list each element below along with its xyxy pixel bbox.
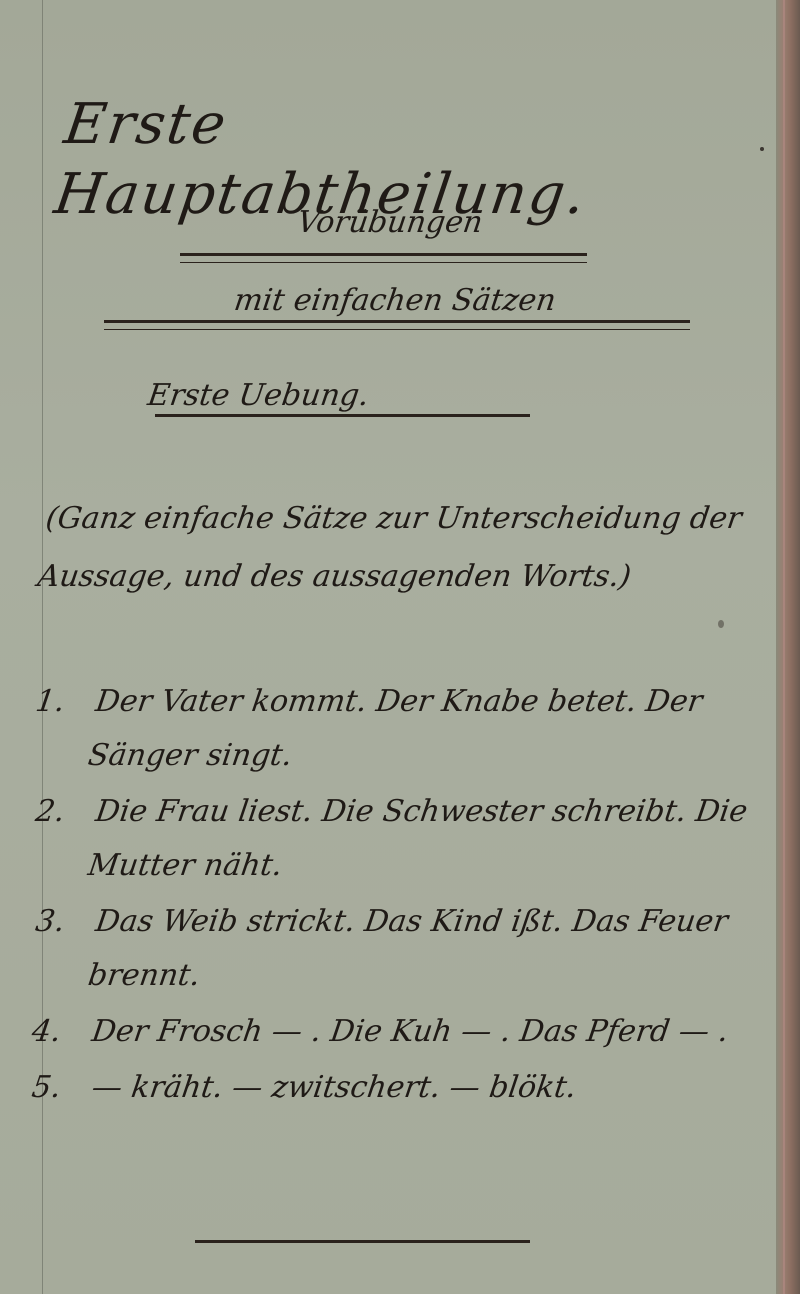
exercise-text: Die Frau liest. Die Schwester schreibt. … [84, 785, 779, 893]
instruction-note: (Ganz einfache Sätze zur Unterscheidung … [34, 490, 780, 606]
exercise-number: 4. [28, 1005, 96, 1059]
section-underline [155, 414, 530, 417]
exercise-item: 4. Der Frosch — . Die Kuh — . Das Pferd … [28, 1005, 776, 1059]
book-spine-edge [776, 0, 800, 1294]
spine-margin-line [783, 0, 785, 1294]
closing-rule [195, 1240, 530, 1243]
exercise-text: Das Weib strickt. Das Kind ißt. Das Feue… [84, 895, 779, 1003]
double-underline-1 [180, 253, 587, 263]
exercise-text: Der Vater kommt. Der Knabe betet. Der Sä… [84, 675, 779, 783]
double-underline-2 [104, 320, 690, 330]
exercise-number: 5. [28, 1061, 96, 1115]
exercise-list: 1. Der Vater kommt. Der Knabe betet. Der… [32, 675, 772, 1117]
manuscript-page: Erste Hauptabtheilung. Vorübungen mit ei… [0, 0, 780, 1294]
ink-speck [718, 620, 724, 628]
section-heading: Erste Uebung. [146, 378, 541, 413]
subtitle-line-2: mit einfachen Sätzen [103, 283, 688, 318]
subtitle-line-1: Vorübungen [193, 205, 588, 240]
exercise-item: 5. — kräht. — zwitschert. — blökt. [28, 1061, 776, 1115]
exercise-item: 3. Das Weib strickt. Das Kind ißt. Das F… [24, 895, 779, 1003]
exercise-text: Der Frosch — . Die Kuh — . Das Pferd — . [88, 1005, 776, 1059]
ink-speck [760, 147, 764, 151]
exercise-item: 1. Der Vater kommt. Der Knabe betet. Der… [24, 675, 779, 783]
exercise-item: 2. Die Frau liest. Die Schwester schreib… [24, 785, 779, 893]
exercise-text: — kräht. — zwitschert. — blökt. [88, 1061, 776, 1115]
